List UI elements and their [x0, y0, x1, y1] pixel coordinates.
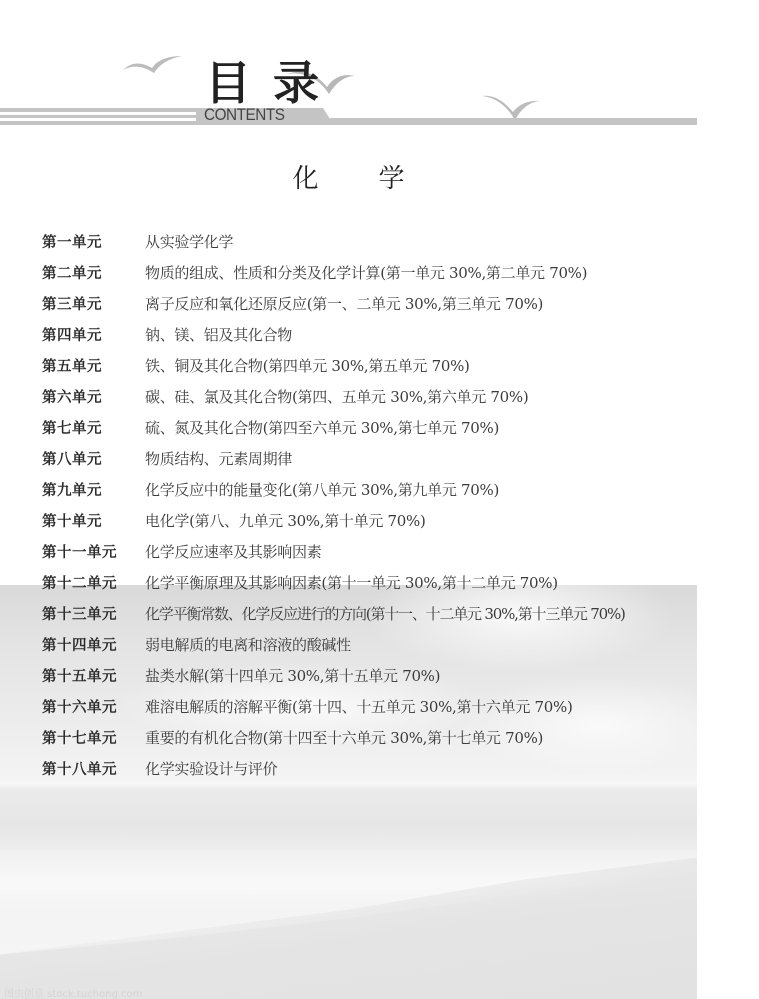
page-subtitle: CONTENTS [204, 105, 285, 125]
unit-title: 碳、硅、氯及其化合物(第四、五单元 30%,第六单元 70%) [145, 386, 528, 407]
seagull-icon [120, 48, 190, 78]
toc-entry[interactable]: 第五单元铁、铜及其化合物(第四单元 30%,第五单元 70%) [42, 350, 702, 381]
toc-entry[interactable]: 第六单元碳、硅、氯及其化合物(第四、五单元 30%,第六单元 70%) [42, 381, 702, 412]
toc-entry[interactable]: 第三单元离子反应和氧化还原反应(第一、二单元 30%,第三单元 70%) [42, 288, 702, 319]
unit-label: 第五单元 [42, 355, 145, 376]
toc-entry[interactable]: 第十五单元盐类水解(第十四单元 30%,第十五单元 70%) [42, 660, 702, 691]
page-title: 目录 [205, 58, 341, 108]
unit-label: 第六单元 [42, 386, 145, 407]
toc-entry[interactable]: 第十四单元弱电解质的电离和溶液的酸碱性 [42, 629, 702, 660]
unit-title: 重要的有机化合物(第十四至十六单元 30%,第十七单元 70%) [145, 727, 543, 748]
unit-title: 电化学(第八、九单元 30%,第十单元 70%) [145, 510, 426, 531]
divider [0, 121, 196, 125]
toc-entry[interactable]: 第十单元电化学(第八、九单元 30%,第十单元 70%) [42, 505, 702, 536]
toc-entry[interactable]: 第十七单元重要的有机化合物(第十四至十六单元 30%,第十七单元 70%) [42, 722, 702, 753]
unit-label: 第十二单元 [42, 572, 145, 593]
unit-title: 化学平衡常数、化学反应进行的方向(第十一、十二单元 30%,第十三单元 70%) [145, 603, 625, 624]
unit-label: 第十六单元 [42, 696, 145, 717]
unit-title: 硫、氮及其化合物(第四至六单元 30%,第七单元 70%) [145, 417, 499, 438]
toc-entry[interactable]: 第四单元钠、镁、铝及其化合物 [42, 319, 702, 350]
subject-heading: 化学 [0, 158, 697, 195]
divider [0, 108, 196, 112]
unit-title: 化学实验设计与评价 [145, 758, 277, 779]
unit-label: 第八单元 [42, 448, 145, 469]
unit-title: 物质结构、元素周期律 [145, 448, 292, 469]
toc-entry[interactable]: 第七单元硫、氮及其化合物(第四至六单元 30%,第七单元 70%) [42, 412, 702, 443]
unit-label: 第十三单元 [42, 603, 145, 624]
watermark: 图虫创意 stock.tuchong.com [4, 985, 142, 999]
unit-title: 离子反应和氧化还原反应(第一、二单元 30%,第三单元 70%) [145, 293, 543, 314]
toc-page: 图虫创意 stock.tuchong.com 目录 CONTENTS 化学 第一… [0, 0, 759, 999]
unit-label: 第十单元 [42, 510, 145, 531]
toc-entry[interactable]: 第一单元从实验学化学 [42, 226, 702, 257]
header-decor-bars [0, 108, 697, 128]
unit-label: 第十八单元 [42, 758, 145, 779]
toc-entry[interactable]: 第二单元物质的组成、性质和分类及化学计算(第一单元 30%,第二单元 70%) [42, 257, 702, 288]
unit-label: 第九单元 [42, 479, 145, 500]
toc-list: 第一单元从实验学化学 第二单元物质的组成、性质和分类及化学计算(第一单元 30%… [42, 226, 702, 784]
unit-label: 第十四单元 [42, 634, 145, 655]
toc-entry[interactable]: 第八单元物质结构、元素周期律 [42, 443, 702, 474]
unit-title: 化学反应速率及其影响因素 [145, 541, 321, 562]
toc-entry[interactable]: 第十六单元难溶电解质的溶解平衡(第十四、十五单元 30%,第十六单元 70%) [42, 691, 702, 722]
unit-label: 第七单元 [42, 417, 145, 438]
toc-entry[interactable]: 第十八单元化学实验设计与评价 [42, 753, 702, 784]
unit-label: 第三单元 [42, 293, 145, 314]
toc-entry[interactable]: 第十一单元化学反应速率及其影响因素 [42, 536, 702, 567]
unit-label: 第四单元 [42, 324, 145, 345]
unit-title: 化学平衡原理及其影响因素(第十一单元 30%,第十二单元 70%) [145, 572, 558, 593]
toc-entry[interactable]: 第十二单元化学平衡原理及其影响因素(第十一单元 30%,第十二单元 70%) [42, 567, 702, 598]
unit-label: 第一单元 [42, 231, 145, 252]
unit-title: 弱电解质的电离和溶液的酸碱性 [145, 634, 351, 655]
toc-entry[interactable]: 第十三单元化学平衡常数、化学反应进行的方向(第十一、十二单元 30%,第十三单元… [42, 598, 702, 629]
toc-entry[interactable]: 第九单元化学反应中的能量变化(第八单元 30%,第九单元 70%) [42, 474, 702, 505]
divider [0, 115, 196, 118]
unit-title: 钠、镁、铝及其化合物 [145, 324, 292, 345]
unit-label: 第十七单元 [42, 727, 145, 748]
unit-title: 盐类水解(第十四单元 30%,第十五单元 70%) [145, 665, 440, 686]
unit-title: 铁、铜及其化合物(第四单元 30%,第五单元 70%) [145, 355, 470, 376]
unit-label: 第十五单元 [42, 665, 145, 686]
divider [330, 118, 697, 125]
unit-title: 物质的组成、性质和分类及化学计算(第一单元 30%,第二单元 70%) [145, 262, 587, 283]
unit-label: 第十一单元 [42, 541, 145, 562]
unit-title: 难溶电解质的溶解平衡(第十四、十五单元 30%,第十六单元 70%) [145, 696, 573, 717]
unit-title: 化学反应中的能量变化(第八单元 30%,第九单元 70%) [145, 479, 499, 500]
unit-title: 从实验学化学 [145, 231, 233, 252]
unit-label: 第二单元 [42, 262, 145, 283]
